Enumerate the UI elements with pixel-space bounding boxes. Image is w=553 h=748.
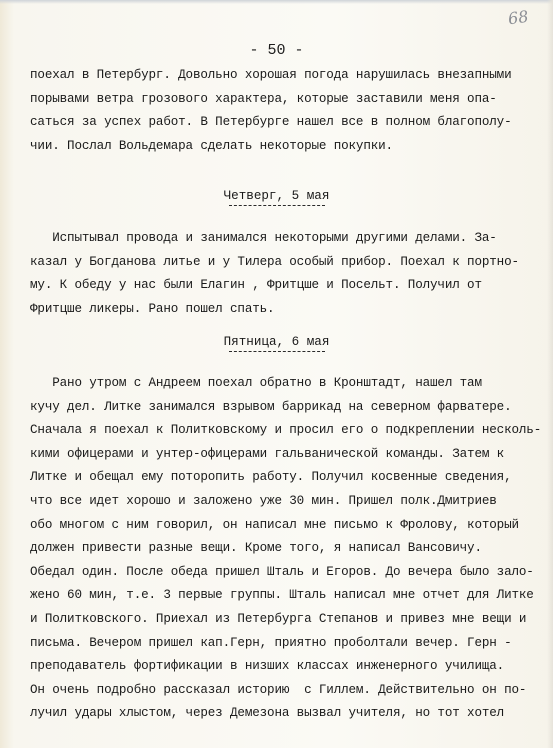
heading-underline [229, 205, 325, 206]
heading-underline [229, 351, 325, 352]
archive-folio-number: 68 [507, 7, 530, 29]
paragraph-1: поехал в Петербург. Довольно хорошая пог… [30, 64, 530, 158]
heading-thursday: Четверг, 5 мая [0, 189, 553, 206]
text-line: поехал в Петербург. Довольно хорошая пог… [30, 64, 530, 88]
heading-friday-text: Пятница, 6 мая [224, 335, 330, 349]
text-line: Литке и обещал ему поторопить работу. По… [30, 466, 530, 490]
page-number: - 50 - [0, 42, 553, 59]
text-line: чии. Послал Вольдемара сделать некоторые… [30, 135, 530, 159]
text-line: лучил удары хлыстом, через Демезона вызв… [30, 702, 530, 726]
text-line: должен привести разные вещи. Кроме того,… [30, 537, 530, 561]
text-line: письма. Вечером пришел кап.Герн, приятно… [30, 632, 530, 656]
heading-thursday-text: Четверг, 5 мая [224, 189, 330, 203]
scanned-page: 68 - 50 - поехал в Петербург. Довольно х… [0, 0, 553, 748]
text-line: Он очень подробно рассказал историю с Ги… [30, 679, 530, 703]
text-line: Фритцше ликеры. Рано пошел спать. [30, 298, 530, 322]
page-edge-top [0, 0, 553, 4]
text-line: Обедал один. После обеда пришел Шталь и … [30, 561, 530, 585]
text-line: казал у Богданова литье и у Тилера особы… [30, 251, 530, 275]
paragraph-2: Испытывал провода и занимался некоторыми… [30, 227, 530, 321]
text-line: и Политковского. Приехал из Петербурга С… [30, 608, 530, 632]
text-line: преподаватель фортификации в низших клас… [30, 655, 530, 679]
text-line: порывами ветра грозового характера, кото… [30, 88, 530, 112]
text-line: Рано утром с Андреем поехал обратно в Кр… [30, 372, 530, 396]
text-line: жено 60 мин, т.е. 3 первые группы. Шталь… [30, 584, 530, 608]
text-line: Испытывал провода и занимался некоторыми… [30, 227, 530, 251]
text-line: что все идет хорошо и заложено уже 30 ми… [30, 490, 530, 514]
text-line: обо многом с ним говорил, он написал мне… [30, 514, 530, 538]
text-line: Сначала я поехал к Политковскому и проси… [30, 419, 530, 443]
text-line: саться за успех работ. В Петербурге наше… [30, 111, 530, 135]
text-line: кими офицерами и унтер-офицерами гальван… [30, 443, 530, 467]
heading-friday: Пятница, 6 мая [0, 335, 553, 352]
page-edge-right [547, 0, 553, 748]
paragraph-3: Рано утром с Андреем поехал обратно в Кр… [30, 372, 530, 726]
text-line: кучу дел. Литке занимался взрывом баррик… [30, 396, 530, 420]
text-line: му. К обеду у нас были Елагин , Фритцше … [30, 274, 530, 298]
